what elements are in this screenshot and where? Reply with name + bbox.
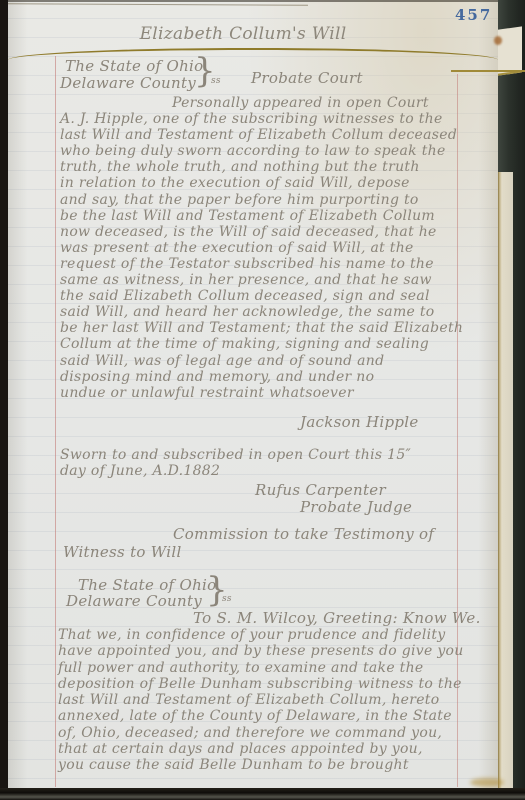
handwritten-line: be the last Will and Testament of Elizab… (60, 208, 463, 224)
handwritten-line: Collum at the time of making, signing an… (60, 336, 463, 352)
handwritten-line: disposing mind and memory, and under no (60, 369, 463, 385)
handwritten-line: now deceased, is the Will of said deceas… (60, 224, 463, 240)
judge-title: Probate Judge (300, 498, 412, 516)
handwritten-line: last Will and Testament of Elizabeth Col… (58, 692, 464, 708)
jurat-line: day of June, A.D.1882 (60, 463, 220, 479)
page-top-edge (8, 3, 308, 6)
handwritten-line: said Will, was of legal age and of sound… (60, 353, 463, 369)
venue-county-line: Delaware County (60, 74, 196, 92)
venue-ss: ss (211, 76, 221, 86)
handwritten-line: of, Ohio, deceased; and therefore we com… (58, 725, 464, 741)
handwritten-line: same as witness, in her presence, and th… (60, 272, 463, 288)
handwritten-line: request of the Testator subscribed his n… (60, 256, 463, 272)
book-bottom-edge (0, 788, 525, 800)
page-number: 457 (455, 6, 492, 24)
handwritten-line: annexed, late of the County of Delaware,… (58, 708, 464, 724)
handwritten-line: in relation to the execution of said Wil… (60, 175, 463, 191)
underlying-page-edge (498, 172, 513, 788)
handwritten-line: you cause the said Belle Dunham to be br… (58, 757, 464, 773)
handwritten-line: truth, the whole truth, and nothing but … (60, 159, 463, 175)
commission-heading-line: Commission to take Testimony of (173, 525, 434, 543)
gold-rule-right-segment (451, 70, 525, 72)
handwritten-line: deposition of Belle Dunham subscribing w… (58, 676, 464, 692)
ledger-page: 457 Elizabeth Collum's Will The State of… (8, 0, 498, 789)
handwritten-line: Personally appeared in open Court (60, 95, 463, 111)
commission-salutation: To S. M. Wilcoy, Greeting: Know We. (193, 609, 481, 627)
left-margin-rule (55, 56, 56, 787)
commission-paragraph: That we, in confidence of your prudence … (58, 627, 464, 774)
commission-heading-line: Witness to Will (63, 543, 182, 561)
handwritten-line: last Will and Testament of Elizabeth Col… (60, 127, 463, 143)
page-title: Elizabeth Collum's Will (8, 24, 478, 44)
handwritten-line: undue or unlawful restraint whatsoever (60, 385, 463, 401)
judge-signature: Rufus Carpenter (255, 481, 386, 499)
testimony-paragraph: Personally appeared in open Court A. J. … (60, 95, 463, 401)
handwritten-line: and say, that the paper before him purpo… (60, 192, 463, 208)
venue-ss: ss (222, 594, 232, 604)
handwritten-line: full power and authority, to examine and… (58, 660, 464, 676)
handwritten-line: A. J. Hipple, one of the subscribing wit… (60, 111, 463, 127)
venue-county-line: Delaware County (66, 592, 202, 610)
handwritten-line: was present at the execution of said Wil… (60, 240, 463, 256)
venue-state-line: The State of Ohio (65, 57, 203, 75)
witness-signature: Jackson Hipple (300, 413, 419, 431)
handwritten-line: said Will, and heard her acknowledge, th… (60, 304, 463, 320)
bottom-stain (470, 778, 504, 787)
handwritten-line: that at certain days and places appointe… (58, 741, 464, 757)
handwritten-line: who being duly sworn according to law to… (60, 143, 463, 159)
book-scan: 457 Elizabeth Collum's Will The State of… (0, 0, 525, 800)
jurat-line: Sworn to and subscribed in open Court th… (60, 447, 411, 463)
rust-stain (494, 36, 502, 45)
handwritten-line: the said Elizabeth Collum deceased, sign… (60, 288, 463, 304)
court-name: Probate Court (251, 69, 363, 87)
handwritten-line: have appointed you, and by these present… (58, 643, 464, 659)
handwritten-line: That we, in confidence of your prudence … (58, 627, 464, 643)
handwritten-line: be her last Will and Testament; that the… (60, 320, 463, 336)
